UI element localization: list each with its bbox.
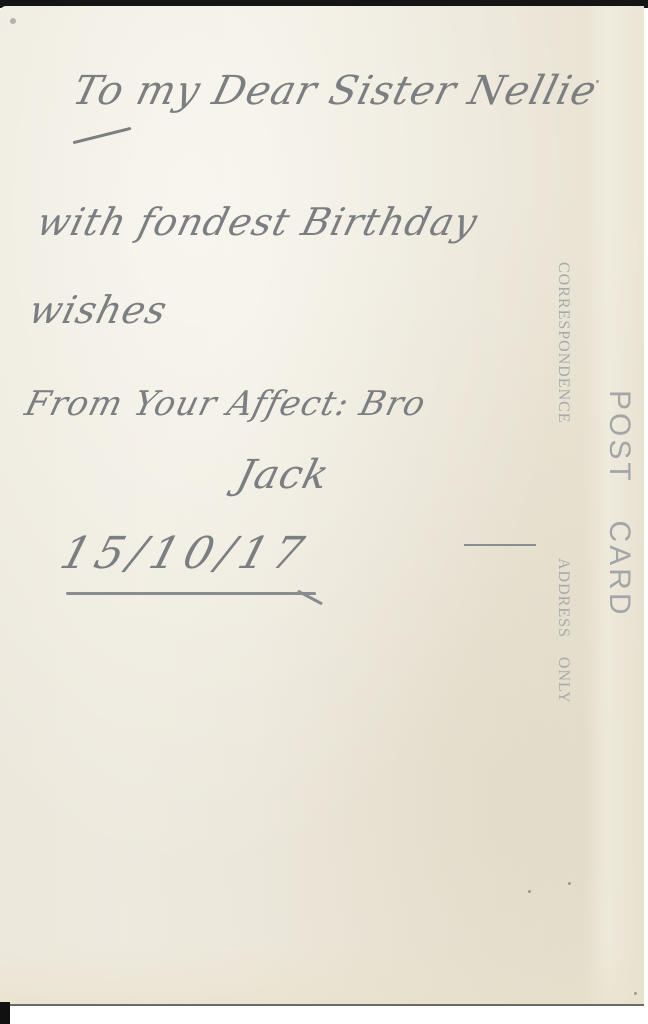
paper-speck bbox=[596, 80, 599, 83]
postcard-scan: To my Dear Sister Nellie with fondest Bi… bbox=[0, 0, 648, 1024]
paper-speck bbox=[568, 882, 571, 885]
printed-address-only-label: ADDRESS ONLY bbox=[554, 558, 572, 704]
paper-speck bbox=[528, 890, 531, 893]
paper-speck bbox=[634, 992, 637, 995]
greeting-underline bbox=[73, 127, 132, 144]
handwritten-date: 15/10/17 bbox=[55, 528, 315, 579]
printed-correspondence-label: CORRESPONDENCE bbox=[554, 262, 572, 424]
card-bottom-crease bbox=[0, 944, 644, 1004]
handwritten-message-line-2: wishes bbox=[25, 288, 173, 332]
corner-smudge bbox=[10, 18, 16, 24]
handwritten-message-line-1: with fondest Birthday bbox=[33, 200, 483, 244]
postcard-back: To my Dear Sister Nellie with fondest Bi… bbox=[0, 6, 644, 1004]
handwritten-signature: Jack bbox=[232, 452, 334, 498]
scan-bottom-left-edge bbox=[0, 1002, 10, 1024]
handwritten-greeting: To my Dear Sister Nellie bbox=[68, 68, 602, 114]
printed-post-card-title: POST CARD bbox=[602, 390, 636, 617]
divider-dash bbox=[464, 544, 536, 546]
date-underline bbox=[66, 592, 316, 595]
handwritten-sign-off: From Your Affect: Bro bbox=[21, 384, 430, 424]
